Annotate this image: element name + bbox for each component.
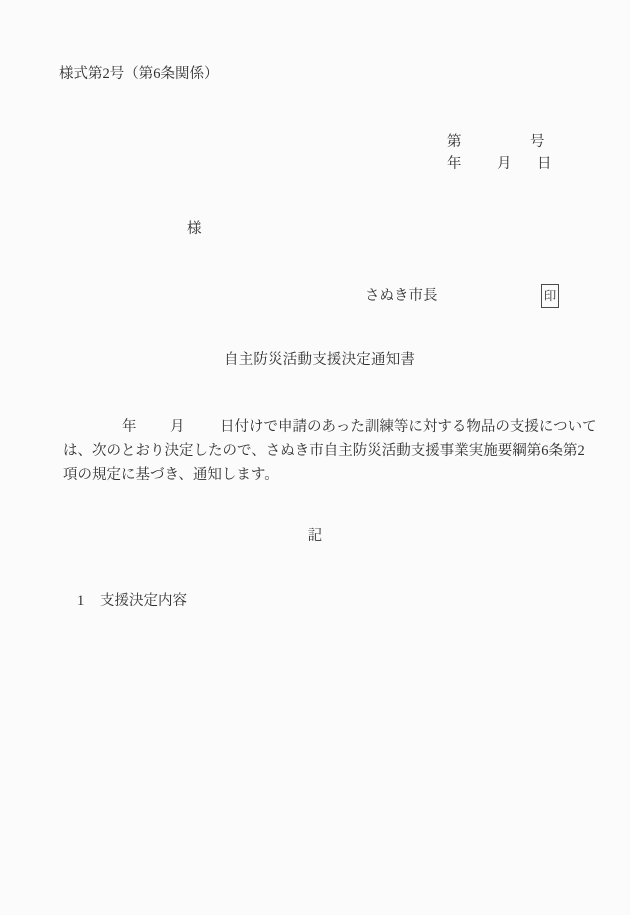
date-day-label: 日 [537,156,552,173]
body-line-1: 年 月 日付けで申請のあった訓練等に対する物品の支援について [0,419,630,437]
section-1-number: 1 [77,593,84,610]
body-date-month-label: 月 [170,419,185,436]
record-marker: 記 [0,528,630,545]
body-line-1-text: 日付けで申請のあった訓練等に対する物品の支援について [220,419,597,436]
body-line-3: 項の規定に基づき、通知します。 [63,467,279,484]
section-1-title: 支援決定内容 [100,593,187,610]
date-month-label: 月 [497,156,512,173]
document-number-suffix: 号 [530,134,545,151]
document-title: 自主防災活動支援決定通知書 [224,352,415,369]
seal-character: 印 [544,290,557,303]
document-number-prefix: 第 [447,134,462,151]
body-line-2: は、次のとおり決定したので、さぬき市自主防災活動支援事業実施要綱第6条第2 [63,443,585,460]
seal-box: 印 [541,284,559,308]
date-year-label: 年 [447,156,462,173]
body-date-year-label: 年 [122,419,137,436]
addressee-honorific: 様 [187,221,202,238]
form-number-label: 様式第2号（第6条関係） [59,66,219,83]
sender-name: さぬき市長 [365,288,438,305]
document-page: 様式第2号（第6条関係） 第 号 年 月 日 様 さぬき市長 印 自主防災活動支… [0,0,630,915]
